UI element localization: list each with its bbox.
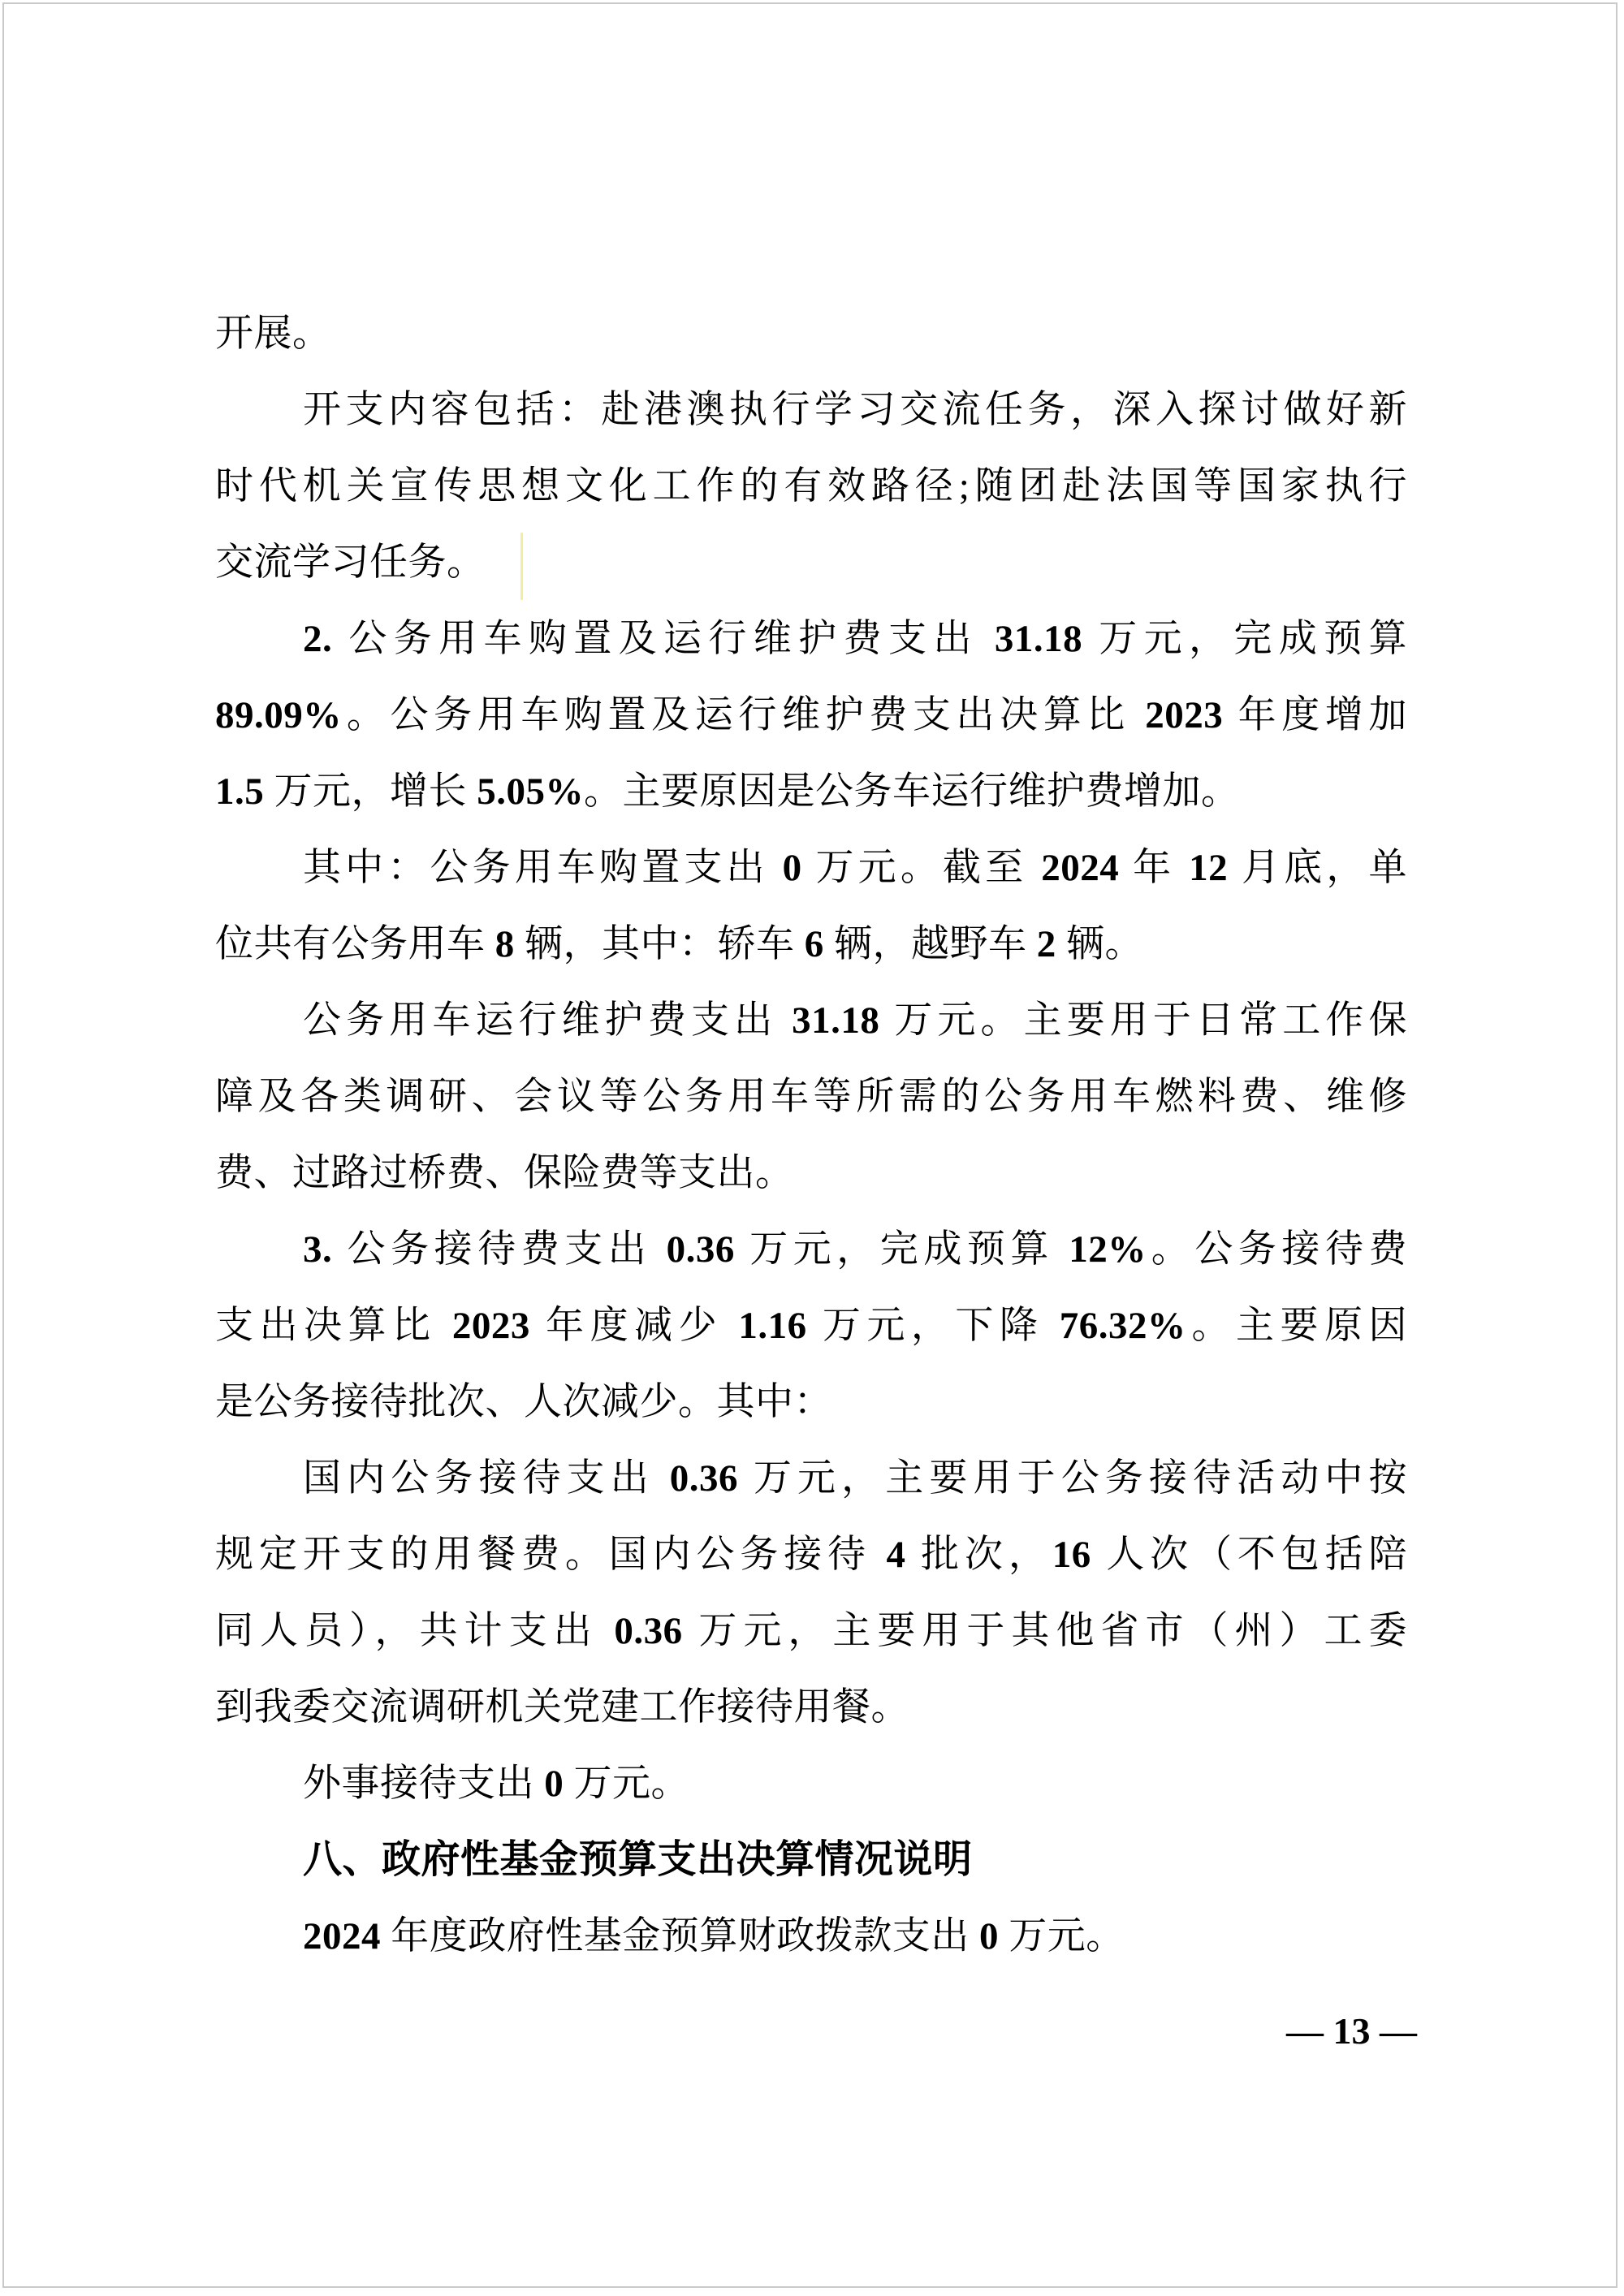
- text-line: 89.09%。公务用车购置及运行维护费支出决算比 2023 年度增加: [215, 677, 1407, 753]
- text-segment: 其中：公务用车购置支出: [303, 847, 783, 889]
- text-line: 交流学习任务。: [215, 524, 1407, 601]
- text-segment: 万元，增长: [264, 770, 477, 813]
- document-body: 开展。开支内容包括：赴港澳执行学习交流任务，深入探讨做好新时代机关宣传思想文化工…: [215, 296, 1407, 1974]
- text-segment: 辆，越野车: [824, 923, 1037, 965]
- text-segment: 年度政府性基金预算财政拨款支出: [381, 1915, 979, 1957]
- text-segment: 开展。: [215, 313, 331, 355]
- text-segment: 万元，完成预算: [735, 1228, 1069, 1271]
- text-line: 时代机关宣传思想文化工作的有效路径;随团赴法国等国家执行: [215, 448, 1407, 524]
- text-segment: 12%: [1069, 1228, 1147, 1271]
- text-cursor: [520, 533, 523, 600]
- text-segment: 辆，其中：轿车: [515, 923, 805, 965]
- text-segment: 万元。截至: [802, 847, 1042, 889]
- text-segment: 0: [544, 1763, 564, 1805]
- text-segment: 开支内容包括：赴港澳执行学习交流任务，深入探讨做好新: [303, 389, 1407, 431]
- text-segment: 到我委交流调研机关党建工作接待用餐。: [215, 1686, 909, 1728]
- text-line: 2. 公务用车购置及运行维护费支出 31.18 万元，完成预算: [215, 601, 1407, 677]
- text-segment: 2: [1037, 923, 1056, 965]
- text-line: 同人员），共计支出 0.36 万元，主要用于其他省市（州）工委: [215, 1593, 1407, 1669]
- page-number: — 13 —: [0, 2007, 1417, 2056]
- text-segment: 。公务用车购置及运行维护费支出决算比: [342, 694, 1146, 736]
- text-segment: 公务用车购置及运行维护费支出: [332, 618, 995, 660]
- text-segment: 2023: [452, 1305, 530, 1347]
- text-segment: 31.18: [792, 999, 879, 1042]
- text-line: 位共有公务用车 8 辆，其中：轿车 6 辆，越野车 2 辆。: [215, 906, 1407, 982]
- text-segment: 0.36: [614, 1610, 682, 1652]
- text-segment: 4: [887, 1534, 906, 1576]
- text-segment: 。主要原因: [1186, 1305, 1407, 1347]
- text-segment: 万元。主要用于日常工作保: [879, 999, 1407, 1042]
- text-segment: 1.16: [738, 1305, 806, 1347]
- text-segment: 万元，主要用于公务接待活动中按: [738, 1457, 1407, 1500]
- text-segment: 76.32%: [1060, 1305, 1186, 1347]
- text-segment: 0.36: [667, 1228, 735, 1271]
- text-segment: 3.: [303, 1228, 332, 1271]
- text-segment: 万元。: [999, 1915, 1125, 1957]
- text-segment: 16: [1052, 1534, 1091, 1576]
- text-segment: 万元，下降: [807, 1305, 1060, 1347]
- text-segment: 费、过路过桥费、保险费等支出。: [215, 1152, 794, 1194]
- text-segment: 公务用车运行维护费支出: [303, 999, 792, 1042]
- text-segment: 月底，单: [1228, 847, 1407, 889]
- text-line: 是公务接待批次、人次减少。其中：: [215, 1364, 1407, 1440]
- text-line: 国内公务接待支出 0.36 万元，主要用于公务接待活动中按: [215, 1440, 1407, 1517]
- text-segment: 万元。: [564, 1763, 689, 1805]
- text-segment: 0: [979, 1915, 999, 1957]
- text-segment: 交流学习任务。: [215, 542, 486, 584]
- text-segment: 年度减少: [530, 1305, 739, 1347]
- text-segment: 万元，主要用于其他省市（州）工委: [683, 1610, 1407, 1652]
- text-line: 公务用车运行维护费支出 31.18 万元。主要用于日常工作保: [215, 982, 1407, 1059]
- text-segment: 时代机关宣传思想文化工作的有效路径;随团赴法国等国家执行: [215, 465, 1407, 507]
- text-segment: 障及各类调研、会议等公务用车等所需的公务用车燃料费、维修: [215, 1076, 1407, 1118]
- text-segment: 万元，完成预算: [1082, 618, 1407, 660]
- text-line: 2024 年度政府性基金预算财政拨款支出 0 万元。: [215, 1898, 1407, 1974]
- text-segment: 。主要原因是公务车运行维护费增加。: [584, 770, 1240, 813]
- text-line: 开支内容包括：赴港澳执行学习交流任务，深入探讨做好新: [215, 372, 1407, 448]
- text-line: 开展。: [215, 296, 1407, 372]
- text-segment: 规定开支的用餐费。国内公务接待: [215, 1534, 887, 1576]
- text-segment: 。公务接待费: [1147, 1228, 1407, 1271]
- text-line: 其中：公务用车购置支出 0 万元。截至 2024 年 12 月底，单: [215, 830, 1407, 906]
- text-segment: 年度增加: [1223, 694, 1407, 736]
- text-segment: 2024: [303, 1915, 381, 1957]
- text-line: 外事接待支出 0 万元。: [215, 1746, 1407, 1822]
- text-line: 障及各类调研、会议等公务用车等所需的公务用车燃料费、维修: [215, 1059, 1407, 1135]
- text-segment: 8: [495, 923, 515, 965]
- text-segment: 外事接待支出: [303, 1763, 544, 1805]
- text-line: 费、过路过桥费、保险费等支出。: [215, 1135, 1407, 1211]
- text-line: 1.5 万元，增长 5.05%。主要原因是公务车运行维护费增加。: [215, 753, 1407, 830]
- text-line: 到我委交流调研机关党建工作接待用餐。: [215, 1669, 1407, 1746]
- text-segment: 0: [783, 847, 802, 889]
- text-segment: 1.5: [215, 770, 264, 813]
- text-segment: 人次（不包括陪: [1091, 1534, 1407, 1576]
- text-segment: 89.09%: [215, 694, 342, 736]
- text-segment: 2024: [1041, 847, 1119, 889]
- text-line: 规定开支的用餐费。国内公务接待 4 批次，16 人次（不包括陪: [215, 1517, 1407, 1593]
- text-segment: 支出决算比: [215, 1305, 452, 1347]
- text-segment: 八、政府性基金预算支出决算情况说明: [303, 1838, 973, 1881]
- text-segment: 2.: [303, 618, 332, 660]
- text-segment: 同人员），共计支出: [215, 1610, 614, 1652]
- section-heading: 八、政府性基金预算支出决算情况说明: [215, 1822, 1407, 1898]
- text-segment: 2023: [1145, 694, 1223, 736]
- text-segment: 12: [1189, 847, 1228, 889]
- text-line: 3. 公务接待费支出 0.36 万元，完成预算 12%。公务接待费: [215, 1211, 1407, 1288]
- text-segment: 辆。: [1056, 923, 1143, 965]
- document-page: 开展。开支内容包括：赴港澳执行学习交流任务，深入探讨做好新时代机关宣传思想文化工…: [0, 0, 1624, 2296]
- text-segment: 位共有公务用车: [215, 923, 495, 965]
- text-segment: 0.36: [670, 1457, 738, 1500]
- text-segment: 国内公务接待支出: [303, 1457, 670, 1500]
- text-segment: 批次，: [906, 1534, 1052, 1576]
- text-segment: 公务接待费支出: [332, 1228, 666, 1271]
- text-segment: 5.05%: [477, 770, 584, 813]
- text-segment: 6: [805, 923, 824, 965]
- text-line: 支出决算比 2023 年度减少 1.16 万元，下降 76.32%。主要原因: [215, 1288, 1407, 1364]
- text-segment: 年: [1119, 847, 1189, 889]
- text-segment: 是公务接待批次、人次减少。其中：: [215, 1381, 832, 1423]
- text-segment: 31.18: [995, 618, 1082, 660]
